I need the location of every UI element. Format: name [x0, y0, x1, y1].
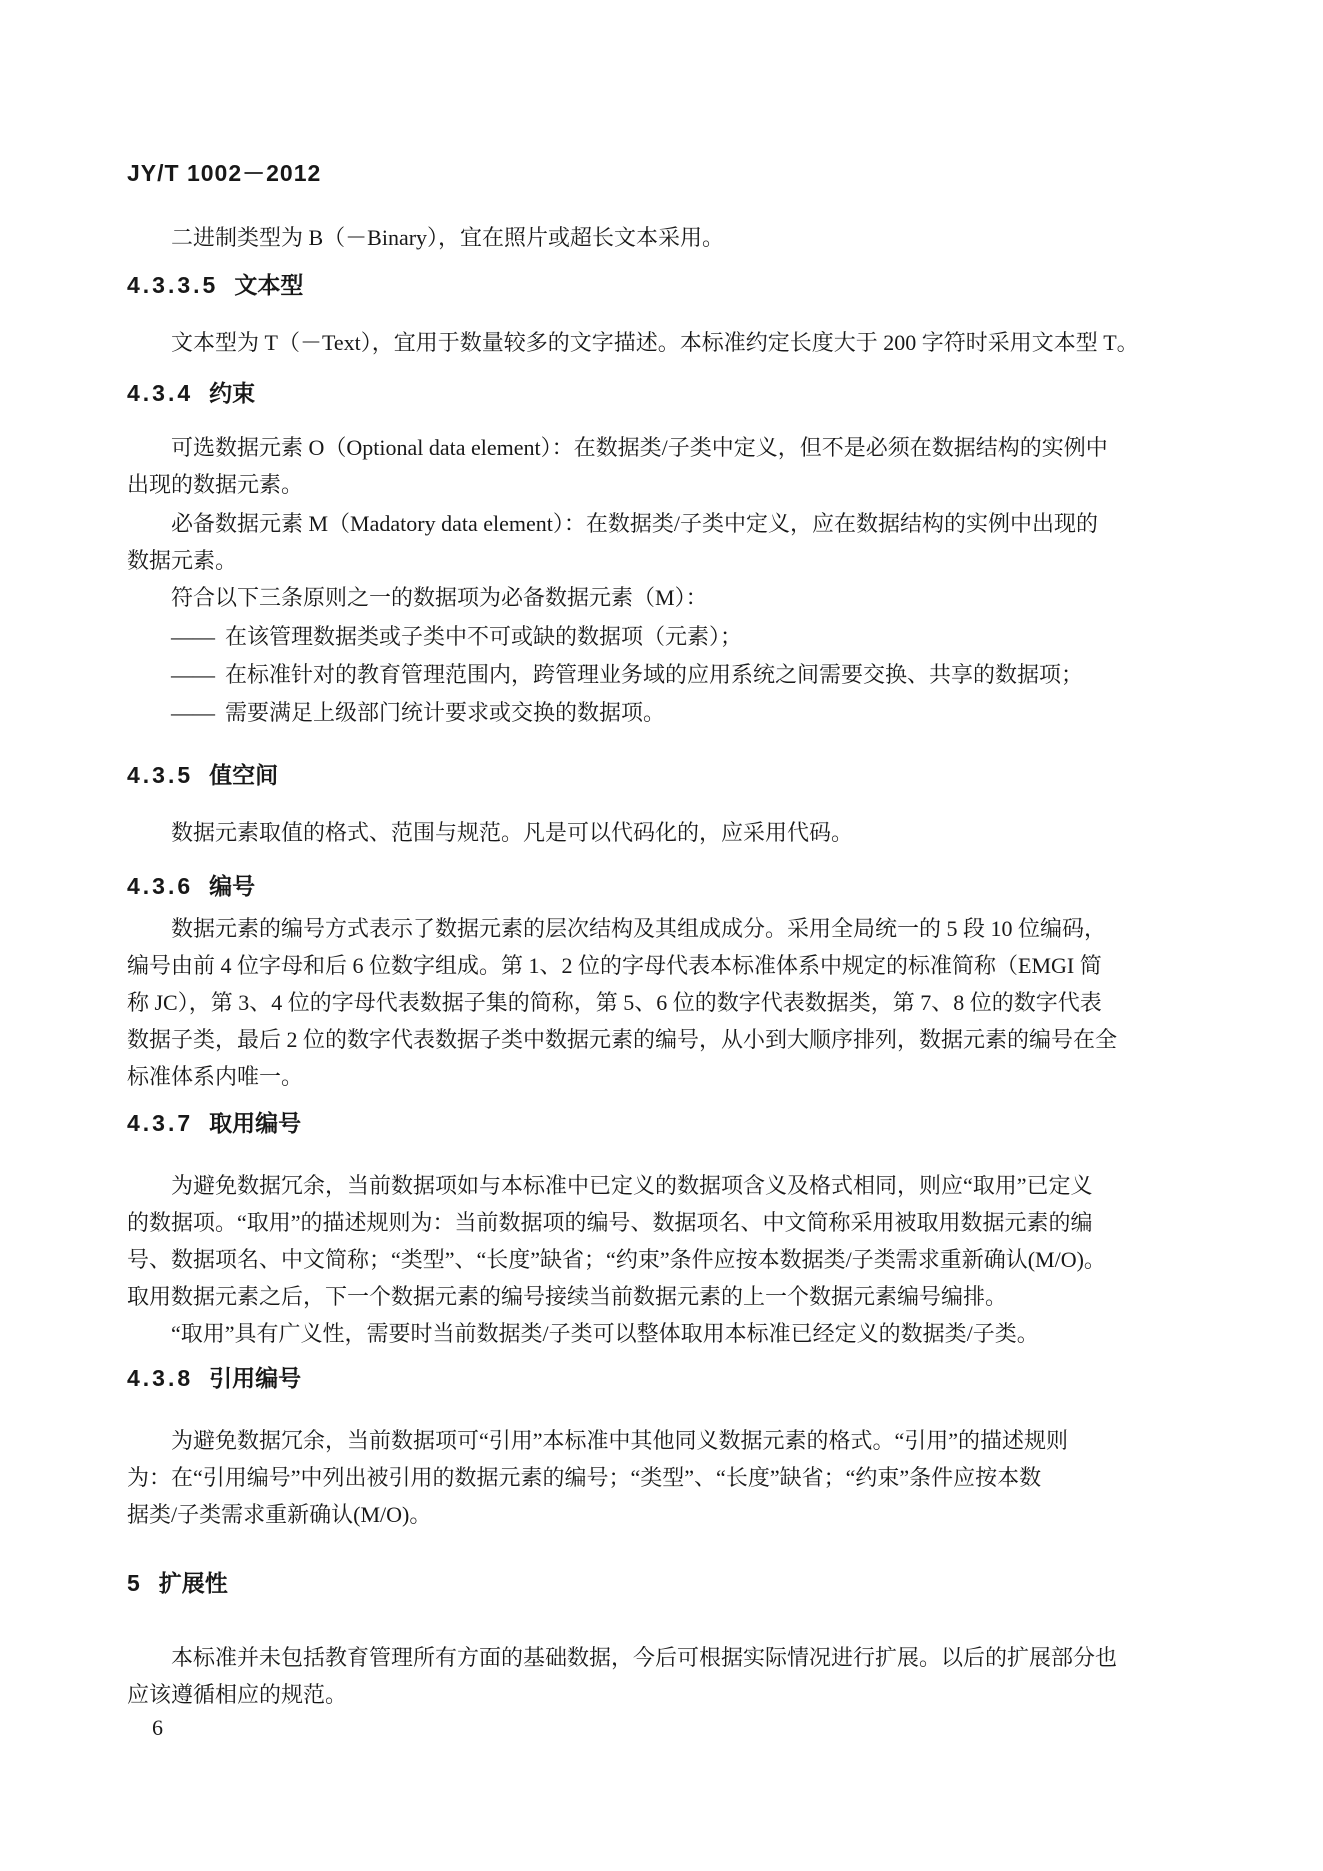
text-line: 数据子类，最后 2 位的数字代表数据子类中数据元素的编号，从小到大顺序排列，数据… — [127, 1021, 1237, 1058]
dash-item-text: 在该管理数据类或子类中不可或缺的数据项（元素）； — [225, 624, 742, 649]
text-line: 为避免数据冗余，当前数据项可“引用”本标准中其他同义数据元素的格式。“引用”的描… — [127, 1422, 1237, 1459]
section-heading: 5扩展性 — [127, 1568, 1237, 1598]
text-line: 为避免数据冗余，当前数据项如与本标准中已定义的数据项含义及格式相同，则应“取用”… — [127, 1167, 1237, 1204]
text-line: 编号由前 4 位字母和后 6 位数字组成。第 1、2 位的字母代表本标准体系中规… — [127, 947, 1237, 984]
paragraph: 必备数据元素 M（Madatory data element）：在数据类/子类中… — [127, 505, 1237, 579]
text-line: 必备数据元素 M（Madatory data element）：在数据类/子类中… — [127, 505, 1237, 542]
document-content: JY/T 1002－2012 二进制类型为 B（－Binary），宜在照片或超长… — [127, 160, 1237, 1713]
heading-title: 引用编号 — [209, 1365, 301, 1391]
heading-number: 5 — [127, 1570, 143, 1596]
text-line: 为：在“引用编号”中列出被引用的数据元素的编号；“类型”、“长度”缺省；“约束”… — [127, 1459, 1237, 1496]
paragraph: 数据元素的编号方式表示了数据元素的层次结构及其组成成分。采用全局统一的 5 段 … — [127, 910, 1237, 1095]
dash-item: ——在标准针对的教育管理范围内，跨管理业务域的应用系统之间需要交换、共享的数据项… — [127, 656, 1237, 694]
paragraph: 文本型为 T（－Text），宜用于数量较多的文字描述。本标准约定长度大于 200… — [127, 324, 1237, 361]
heading-title: 值空间 — [209, 762, 278, 788]
dash-marker: —— — [171, 700, 215, 725]
paragraph: 为避免数据冗余，当前数据项如与本标准中已定义的数据项含义及格式相同，则应“取用”… — [127, 1167, 1237, 1315]
text-line: 文本型为 T（－Text），宜用于数量较多的文字描述。本标准约定长度大于 200… — [127, 324, 1237, 361]
paragraph: 符合以下三条原则之一的数据项为必备数据元素（M）： — [127, 579, 1237, 616]
text-line: 的数据项。“取用”的描述规则为：当前数据项的编号、数据项名、中文简称采用被取用数… — [127, 1204, 1237, 1241]
text-line: 称 JC），第 3、4 位的字母代表数据子集的简称，第 5、6 位的数字代表数据… — [127, 984, 1237, 1021]
text-line: 本标准并未包括教育管理所有方面的基础数据，今后可根据实际情况进行扩展。以后的扩展… — [127, 1639, 1237, 1676]
paragraph: 数据元素取值的格式、范围与规范。凡是可以代码化的，应采用代码。 — [127, 814, 1237, 851]
text-line: 二进制类型为 B（－Binary），宜在照片或超长文本采用。 — [127, 219, 1237, 256]
section-heading: 4.3.4约束 — [127, 378, 1237, 408]
heading-number: 4.3.6 — [127, 873, 193, 899]
text-line: 可选数据元素 O（Optional data element）：在数据类/子类中… — [127, 429, 1237, 466]
text-line: “取用”具有广义性，需要时当前数据类/子类可以整体取用本标准已经定义的数据类/子… — [127, 1315, 1237, 1352]
dash-item: ——需要满足上级部门统计要求或交换的数据项。 — [127, 694, 1237, 732]
paragraph: 二进制类型为 B（－Binary），宜在照片或超长文本采用。 — [127, 219, 1237, 256]
heading-title: 文本型 — [234, 272, 303, 298]
heading-title: 编号 — [209, 873, 255, 899]
heading-number: 4.3.8 — [127, 1365, 193, 1391]
heading-number: 4.3.3.5 — [127, 272, 218, 298]
text-line: 据类/子类需求重新确认(M/O)。 — [127, 1496, 1237, 1533]
text-line: 符合以下三条原则之一的数据项为必备数据元素（M）： — [127, 579, 1237, 616]
heading-title: 扩展性 — [159, 1570, 228, 1596]
text-line: 出现的数据元素。 — [127, 466, 1237, 503]
document-page: JY/T 1002－2012 二进制类型为 B（－Binary），宜在照片或超长… — [0, 0, 1323, 1871]
section-heading: 4.3.5值空间 — [127, 760, 1237, 790]
dash-item-text: 在标准针对的教育管理范围内，跨管理业务域的应用系统之间需要交换、共享的数据项； — [225, 662, 1083, 687]
paragraph: “取用”具有广义性，需要时当前数据类/子类可以整体取用本标准已经定义的数据类/子… — [127, 1315, 1237, 1352]
dash-list: ——在该管理数据类或子类中不可或缺的数据项（元素）；——在标准针对的教育管理范围… — [127, 618, 1237, 732]
document-code-header: JY/T 1002－2012 — [127, 160, 1237, 186]
dash-item: ——在该管理数据类或子类中不可或缺的数据项（元素）； — [127, 618, 1237, 656]
text-line: 标准体系内唯一。 — [127, 1058, 1237, 1095]
heading-number: 4.3.7 — [127, 1110, 193, 1136]
dash-marker: —— — [171, 662, 215, 687]
heading-number: 4.3.4 — [127, 380, 193, 406]
dash-item-text: 需要满足上级部门统计要求或交换的数据项。 — [225, 700, 665, 725]
section-heading: 4.3.8引用编号 — [127, 1363, 1237, 1393]
text-line: 应该遵循相应的规范。 — [127, 1676, 1237, 1713]
section-heading: 4.3.6编号 — [127, 871, 1237, 901]
text-line: 数据元素的编号方式表示了数据元素的层次结构及其组成成分。采用全局统一的 5 段 … — [127, 910, 1237, 947]
dash-marker: —— — [171, 624, 215, 649]
heading-number: 4.3.5 — [127, 762, 193, 788]
paragraph: 为避免数据冗余，当前数据项可“引用”本标准中其他同义数据元素的格式。“引用”的描… — [127, 1422, 1237, 1533]
section-heading: 4.3.3.5文本型 — [127, 270, 1237, 300]
page-number: 6 — [152, 1712, 163, 1744]
text-line: 取用数据元素之后，下一个数据元素的编号接续当前数据元素的上一个数据元素编号编排。 — [127, 1278, 1237, 1315]
paragraph: 可选数据元素 O（Optional data element）：在数据类/子类中… — [127, 429, 1237, 503]
heading-title: 取用编号 — [209, 1110, 301, 1136]
paragraph: 本标准并未包括教育管理所有方面的基础数据，今后可根据实际情况进行扩展。以后的扩展… — [127, 1639, 1237, 1713]
text-line: 数据元素。 — [127, 542, 1237, 579]
section-heading: 4.3.7取用编号 — [127, 1108, 1237, 1138]
heading-title: 约束 — [209, 380, 255, 406]
text-line: 数据元素取值的格式、范围与规范。凡是可以代码化的，应采用代码。 — [127, 814, 1237, 851]
text-line: 号、数据项名、中文简称；“类型”、“长度”缺省；“约束”条件应按本数据类/子类需… — [127, 1241, 1237, 1278]
